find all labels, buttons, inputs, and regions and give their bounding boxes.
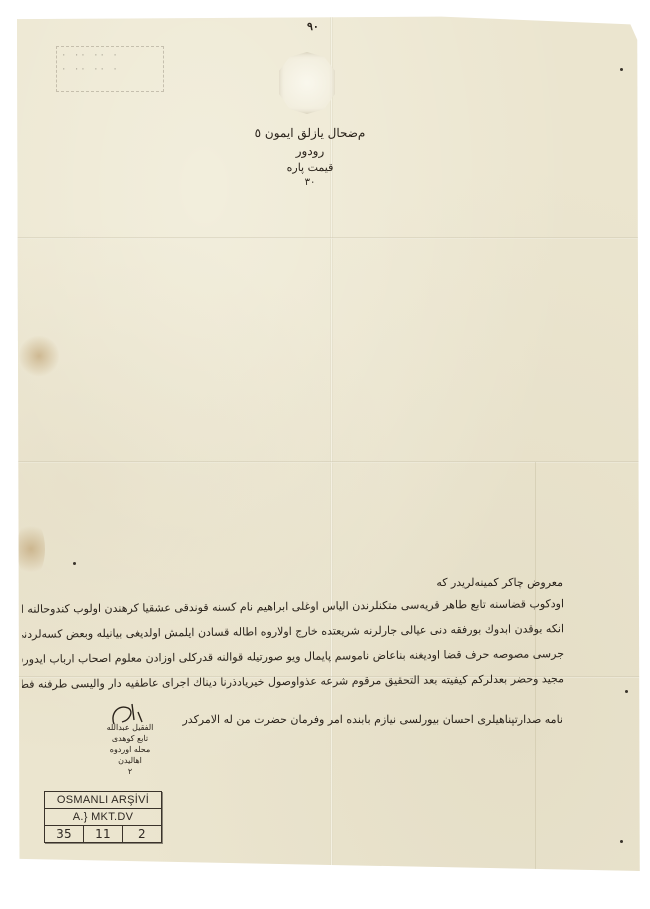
- water-stain: [19, 334, 59, 378]
- faded-stamp: · ·· ·· · · ·· ·· ·: [56, 46, 164, 92]
- header-line: قیمت پاره: [240, 160, 380, 176]
- signature-line: تابع کوهدی: [100, 733, 160, 744]
- archive-collection: A.} MKT.DV: [45, 809, 161, 826]
- signature-line: اهالیدن: [100, 755, 160, 766]
- water-stain: [17, 519, 45, 579]
- archive-reference-stamp: OSMANLI ARŞİVİ A.} MKT.DV 35 11 2: [44, 791, 162, 843]
- archive-title: OSMANLI ARŞİVİ: [45, 792, 161, 809]
- document-header: م‌ضحال یازلق ایمون ٥ رو‌دور قیمت پاره ٣٠: [240, 124, 380, 190]
- archive-reference-cells: 35 11 2: [45, 826, 161, 842]
- ink-speck: [625, 690, 628, 693]
- header-line: م‌ضحال یازلق ایمون ٥ رو‌دور: [240, 124, 380, 160]
- signature-line: محله اوردوه: [100, 744, 160, 755]
- archive-folder-number: 35: [45, 826, 84, 842]
- archive-file-number: 11: [84, 826, 123, 842]
- embossed-seal-icon: [278, 52, 336, 114]
- horizontal-fold-line: [17, 237, 641, 239]
- signature-line: الفقیل عبدالله: [100, 722, 160, 733]
- ink-speck: [620, 840, 623, 843]
- faded-stamp-line: · ·· ·· ·: [61, 49, 159, 63]
- archive-page-number: 2: [123, 826, 161, 842]
- horizontal-fold-line: [17, 461, 641, 463]
- faded-stamp-line: · ·· ·· ·: [61, 63, 159, 77]
- page-number: ٩٠: [307, 20, 319, 33]
- closing-line: نامه صدارتپناهیلری احسان بیورلسی نیازم ب…: [200, 713, 563, 726]
- ink-speck: [620, 68, 623, 71]
- header-line: ٣٠: [240, 176, 380, 190]
- ink-speck: [73, 562, 76, 565]
- letter-body: اودکوب قضاسنه تابع طاهر قریه‌سی متکنلرند…: [22, 594, 564, 694]
- greeting-line: معروض چاکر کمینه‌لریدر که: [428, 576, 563, 589]
- signature-line: ٢: [100, 766, 160, 777]
- signature-block: الفقیل عبدالله تابع کوهدی محله اوردوه اه…: [100, 700, 190, 790]
- body-line: مجید وحضر بعدلرکم کیفیته بعد التحقیق مرق…: [22, 666, 564, 697]
